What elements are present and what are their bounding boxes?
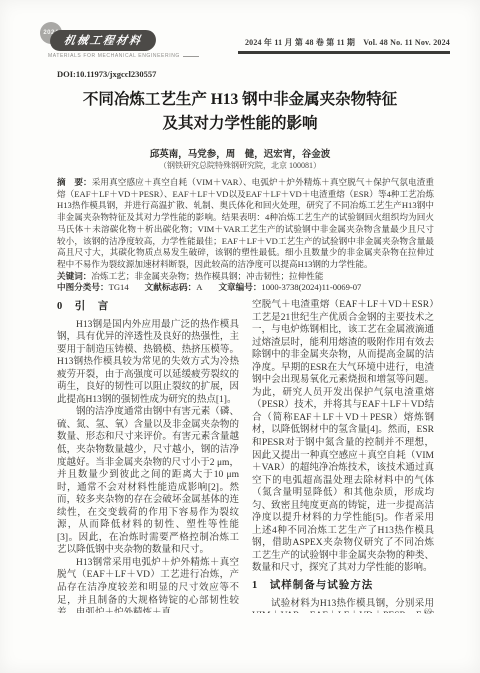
issue-block: 2024 年 11 月 第 48 卷 第 11 期 Vol. 48 No. 11…	[238, 37, 450, 54]
body-paragraph: H13钢常采用电弧炉＋炉外精炼＋真空脱气（EAF＋LF＋VD）工艺进行冶炼，产品…	[57, 557, 239, 613]
doc-code-value: A	[196, 282, 202, 292]
right-column: 空脱气＋电渣重熔（EAF＋LF＋VD＋ESR）工艺是21世纪生产优质合金钢的主要…	[252, 299, 434, 613]
section-1-heading: 1 试样制备与试验方法	[252, 580, 434, 593]
clc-value: TG14	[109, 282, 129, 292]
keywords-text: 冶炼工艺；非金属夹杂物；热作模具钢；冲击韧性；拉伸性能	[91, 271, 323, 281]
article-no-value: 1000-3738(2024)11-0069-07	[261, 282, 361, 292]
keywords-label: 关键词：	[57, 271, 91, 281]
doi: DOI:10.11973/jxgccl230557	[57, 69, 156, 79]
section-0-heading: 0 引 言	[57, 301, 239, 314]
body-paragraph: H13钢是国内外应用最广泛的热作模具钢，具有优异的淬透性及良好的热强性，主要用于…	[57, 319, 239, 407]
journal-logo: 2024 机械工程材料 MATERIALS FOR MECHANICAL ENG…	[40, 30, 210, 59]
body-columns: 0 引 言 H13钢是国内外应用最广泛的热作模具钢，具有优异的淬透性及良好的热强…	[57, 299, 434, 613]
issue-info: 2024 年 11 月 第 48 卷 第 11 期 Vol. 48 No. 11…	[238, 37, 450, 48]
clc-label: 中图分类号：	[57, 282, 109, 292]
classification-line: 中图分类号：TG14文献标志码：A文章编号：1000-3738(2024)11-…	[57, 282, 434, 294]
left-column: 0 引 言 H13钢是国内外应用最广泛的热作模具钢，具有优异的淬透性及良好的热强…	[57, 299, 239, 613]
header-divider	[238, 51, 450, 54]
abstract-label: 摘 要：	[57, 177, 92, 187]
journal-paper-page: 2024 机械工程材料 MATERIALS FOR MECHANICAL ENG…	[0, 0, 480, 673]
body-paragraph: 空脱气＋电渣重熔（EAF＋LF＋VD＋ESR）工艺是21世纪生产优质合金钢的主要…	[252, 299, 434, 575]
paper-title-line1: 不同冶炼工艺生产 H13 钢中非金属夹杂物特征	[0, 88, 480, 112]
abstract-paragraph: 摘 要：采用真空感应＋真空自耗（VIM＋VAR）、电弧炉＋炉外精炼＋真空脱气＋保…	[57, 177, 434, 271]
abstract-block: 摘 要：采用真空感应＋真空自耗（VIM＋VAR）、电弧炉＋炉外精炼＋真空脱气＋保…	[57, 177, 434, 294]
paper-title: 不同冶炼工艺生产 H13 钢中非金属夹杂物特征 及其对力学性能的影响	[0, 88, 480, 136]
journal-name-en: MATERIALS FOR MECHANICAL ENGINEERING	[48, 53, 210, 59]
article-no-label: 文章编号：	[218, 282, 261, 292]
authors: 邱英南，马党参，周 健，迟宏宵，谷金波	[0, 146, 480, 160]
page-number: 69	[424, 607, 432, 616]
body-paragraph: 钢的洁净度通常由钢中有害元素（磷、硫、氮、氢、氧）含量以及非金属夹杂物的数量、形…	[57, 406, 239, 557]
paper-title-line2: 及其对力学性能的影响	[0, 112, 480, 136]
affiliation: （钢铁研究总院特殊钢研究院，北京 100081）	[0, 160, 480, 171]
keywords-line: 关键词：冶炼工艺；非金属夹杂物；热作模具钢；冲击韧性；拉伸性能	[57, 271, 434, 283]
doc-code-label: 文献标志码：	[145, 282, 197, 292]
abstract-text: 采用真空感应＋真空自耗（VIM＋VAR）、电弧炉＋炉外精炼＋真空脱气＋保护气氛电…	[57, 177, 434, 269]
masthead: 2024 机械工程材料 MATERIALS FOR MECHANICAL ENG…	[40, 30, 450, 59]
body-paragraph: 试验材料为H13热作模具钢，分别采用VIM＋VAR、EAF＋LF＋VD＋PESR…	[252, 598, 434, 613]
journal-name-cn: 机械工程材料	[48, 30, 158, 51]
